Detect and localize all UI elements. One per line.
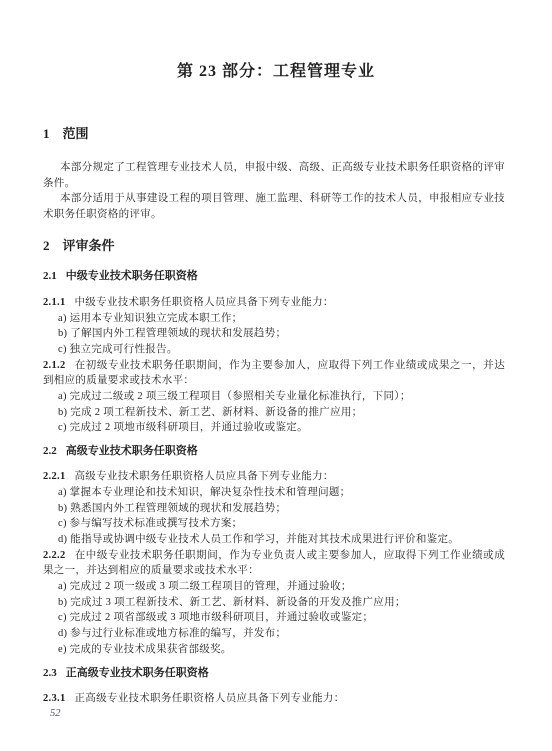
clause-2-2-2-items: a) 完成过 2 项一级或 3 项二级工程项目的管理，并通过验收； b) 完成过… [58, 579, 505, 658]
clause-text: 正高级专业技术职务任职资格人员应具备下列专业能力： [75, 693, 345, 704]
list-item: b) 熟悉国内外工程管理领域的现状和发展趋势； [58, 501, 505, 517]
list-item: a) 运用本专业知识独立完成本职工作； [58, 311, 505, 327]
list-item: d) 能指导或协调中级专业技术人员工作和学习，并能对其技术成果进行评价和鉴定。 [58, 532, 505, 548]
clause-text: 在初级专业技术职务任职期间，作为主要参加人，应取得下列工作业绩或成果之一，并达到… [43, 360, 505, 387]
paragraph: 本部分规定了工程管理专业技术人员，申报中级、高级、正高级专业技术职务任职资格的评… [43, 160, 505, 191]
subsection-2-1-number: 2.1 [43, 270, 57, 282]
clause-number: 2.3.1 [43, 693, 75, 704]
clause-text: 在中级专业技术职务任职期间，作为专业负责人或主要参加人，应取得下列工作业绩或成果… [43, 550, 505, 577]
section-2-number: 2 [43, 238, 50, 253]
list-item: d) 参与过行业标准或地方标准的编写，并发布； [58, 626, 505, 642]
section-1-number: 1 [43, 126, 50, 141]
section-1-title: 范围 [63, 126, 89, 141]
list-item: a) 完成过 2 项一级或 3 项二级工程项目的管理，并通过验收； [58, 579, 505, 595]
subsection-2-3-number: 2.3 [43, 667, 57, 679]
list-item: c) 独立完成可行性报告。 [58, 342, 505, 358]
subsection-2-1-title: 中级专业技术职务任职资格 [66, 270, 198, 282]
clause-number: 2.1.1 [43, 297, 75, 308]
subsection-2-3-title: 正高级专业技术职务任职资格 [66, 667, 209, 679]
clause-2-1-1: 2.1.1中级专业技术职务任职资格人员应具备下列专业能力： [43, 295, 505, 311]
subsection-2-2-heading: 2.2高级专业技术职务任职资格 [43, 446, 552, 457]
subsection-2-3-heading: 2.3正高级专业技术职务任职资格 [43, 668, 552, 679]
section-1-heading: 1范围 [43, 127, 552, 141]
section-2-title: 评审条件 [63, 238, 115, 253]
list-item: c) 参与编写技术标准或撰写技术方案； [58, 516, 505, 532]
list-item: a) 掌握本专业理论和技术知识，解决复杂性技术和管理问题； [58, 485, 505, 501]
list-item: c) 完成过 2 项省部级或 3 项地市级科研项目，并通过验收或鉴定； [58, 610, 505, 626]
list-item: e) 完成的专业技术成果获省部级奖。 [58, 642, 505, 658]
clause-2-2-1: 2.2.1高级专业技术职务任职资格人员应具备下列专业能力： [43, 469, 505, 485]
page-number: 52 [50, 708, 552, 719]
subsection-2-2-number: 2.2 [43, 445, 57, 457]
clause-number: 2.2.1 [43, 471, 75, 482]
clause-2-1-1-items: a) 运用本专业知识独立完成本职工作； b) 了解国内外工程管理领域的现状和发展… [58, 311, 505, 358]
clause-2-1-2-items: a) 完成过二级或 2 项三级工程项目（参照相关专业量化标准执行，下同）； b)… [58, 389, 505, 436]
clause-2-3-1: 2.3.1正高级专业技术职务任职资格人员应具备下列专业能力： [43, 691, 505, 707]
clause-text: 中级专业技术职务任职资格人员应具备下列专业能力： [75, 297, 334, 308]
subsection-2-1-heading: 2.1中级专业技术职务任职资格 [43, 271, 552, 282]
clause-number: 2.2.2 [43, 550, 75, 561]
clause-number: 2.1.2 [43, 360, 75, 371]
list-item: a) 完成过二级或 2 项三级工程项目（参照相关专业量化标准执行，下同）； [58, 389, 505, 405]
list-item: b) 了解国内外工程管理领域的现状和发展趋势； [58, 326, 505, 342]
clause-2-2-2: 2.2.2在中级专业技术职务任职期间，作为专业负责人或主要参加人，应取得下列工作… [43, 548, 505, 579]
clause-2-1-2: 2.1.2在初级专业技术职务任职期间，作为主要参加人，应取得下列工作业绩或成果之… [43, 358, 505, 389]
section-2-heading: 2评审条件 [43, 239, 552, 253]
clause-2-2-1-items: a) 掌握本专业理论和技术知识，解决复杂性技术和管理问题； b) 熟悉国内外工程… [58, 485, 505, 548]
list-item: b) 完成 2 项工程新技术、新工艺、新材料、新设备的推广应用； [58, 405, 505, 421]
page-title: 第 23 部分：工程管理专业 [0, 0, 552, 82]
list-item: c) 完成过 2 项地市级科研项目，并通过验收或鉴定。 [58, 420, 505, 436]
list-item: b) 完成过 3 项工程新技术、新工艺、新材料、新设备的开发及推广应用； [58, 595, 505, 611]
subsection-2-2-title: 高级专业技术职务任职资格 [66, 445, 198, 457]
clause-text: 高级专业技术职务任职资格人员应具备下列专业能力： [75, 471, 334, 482]
document-page: 第 23 部分：工程管理专业 1范围 本部分规定了工程管理专业技术人员，申报中级… [0, 0, 552, 751]
paragraph: 本部分适用于从事建设工程的项目管理、施工监理、科研等工作的技术人员，申报相应专业… [43, 191, 505, 222]
